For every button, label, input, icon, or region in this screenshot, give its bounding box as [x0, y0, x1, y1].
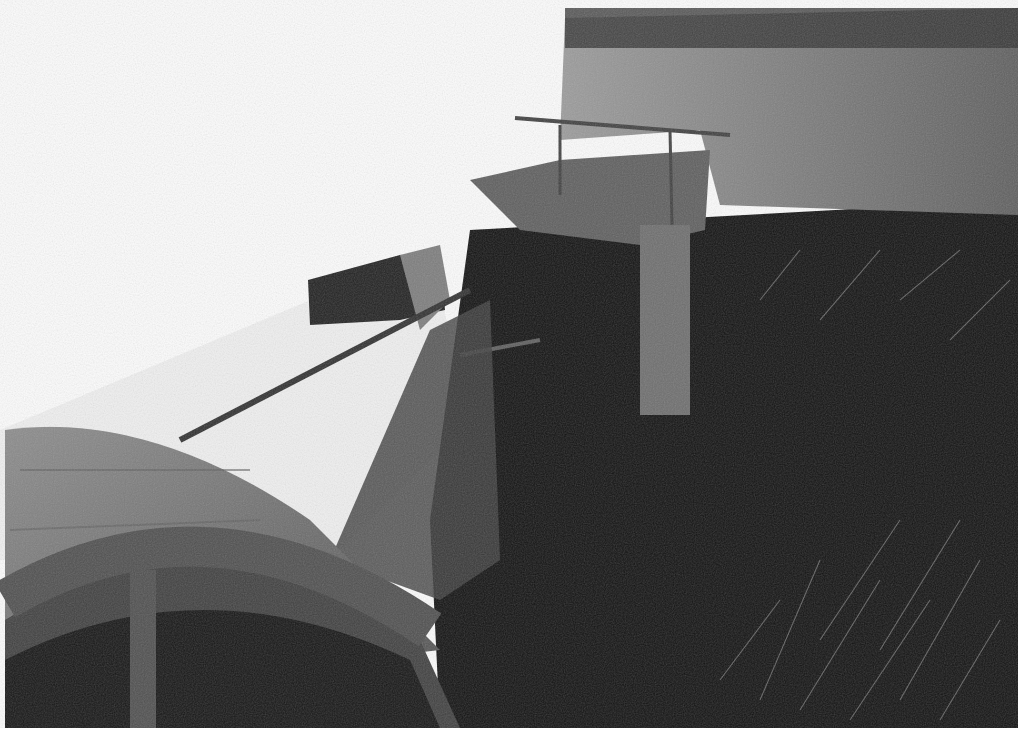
- grain-overlay: [0, 0, 1024, 740]
- photograph: [0, 0, 1024, 740]
- photo-canvas: [0, 0, 1024, 740]
